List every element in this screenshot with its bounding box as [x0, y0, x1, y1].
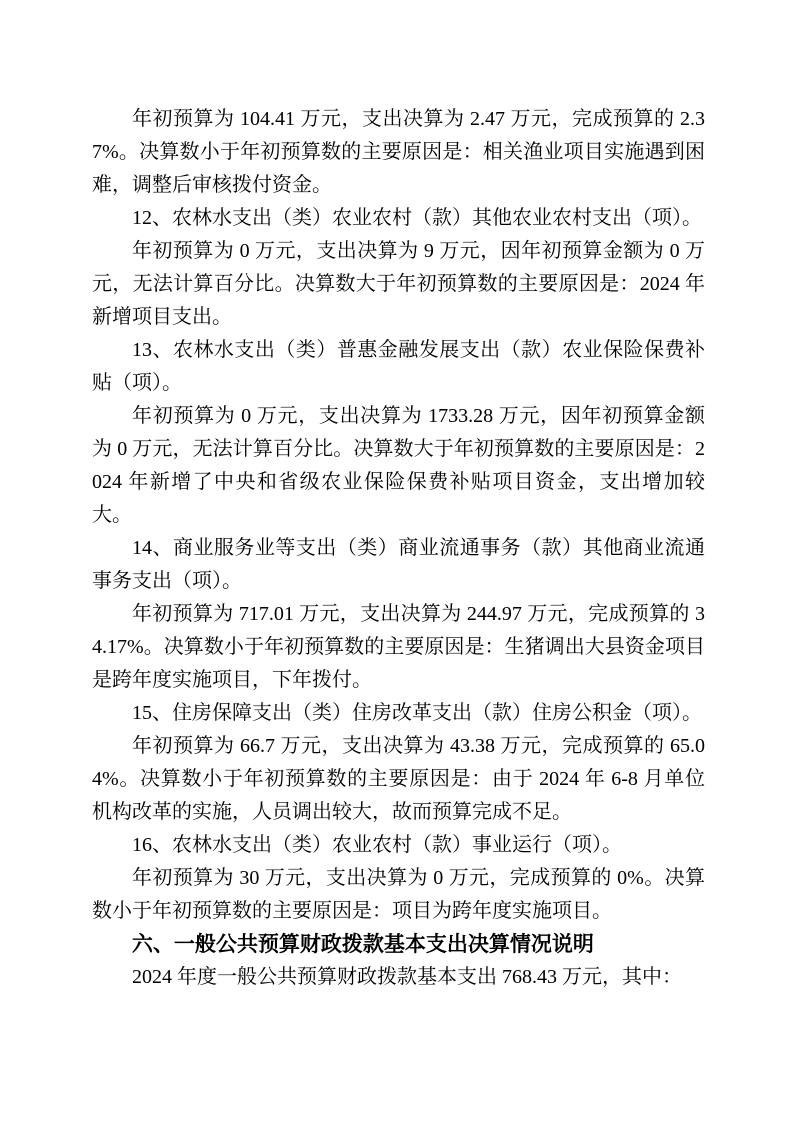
paragraph-budget-item-13-title: 13、农林水支出（类）普惠金融发展支出（款）农业保险保费补贴（项）。	[92, 334, 705, 400]
paragraph-budget-item-16-detail: 年初预算为 30 万元，支出决算为 0 万元，完成预算的 0%。决算数小于年初预…	[92, 862, 705, 928]
document-content: 年初预算为 104.41 万元，支出决算为 2.47 万元，完成预算的 2.37…	[92, 103, 705, 994]
paragraph-budget-item-12-title: 12、农林水支出（类）农业农村（款）其他农业农村支出（项）。	[92, 202, 705, 235]
section-heading-basic-expenditure: 六、一般公共预算财政拨款基本支出决算情况说明	[92, 928, 705, 961]
document-page: 年初预算为 104.41 万元，支出决算为 2.47 万元，完成预算的 2.37…	[0, 0, 793, 1122]
paragraph-budget-item-12-detail: 年初预算为 0 万元，支出决算为 9 万元，因年初预算金额为 0 万元，无法计算…	[92, 235, 705, 334]
paragraph-budget-item-15-title: 15、住房保障支出（类）住房改革支出（款）住房公积金（项）。	[92, 697, 705, 730]
paragraph-budget-item-11-detail: 年初预算为 104.41 万元，支出决算为 2.47 万元，完成预算的 2.37…	[92, 103, 705, 202]
paragraph-budget-item-16-title: 16、农林水支出（类）农业农村（款）事业运行（项）。	[92, 829, 705, 862]
paragraph-basic-expenditure-intro: 2024 年度一般公共预算财政拨款基本支出 768.43 万元，其中：	[92, 961, 705, 994]
paragraph-budget-item-14-detail: 年初预算为 717.01 万元，支出决算为 244.97 万元，完成预算的 34…	[92, 598, 705, 697]
paragraph-budget-item-13-detail: 年初预算为 0 万元，支出决算为 1733.28 万元，因年初预算金额为 0 万…	[92, 400, 705, 532]
paragraph-budget-item-14-title: 14、商业服务业等支出（类）商业流通事务（款）其他商业流通事务支出（项）。	[92, 532, 705, 598]
paragraph-budget-item-15-detail: 年初预算为 66.7 万元，支出决算为 43.38 万元，完成预算的 65.04…	[92, 730, 705, 829]
